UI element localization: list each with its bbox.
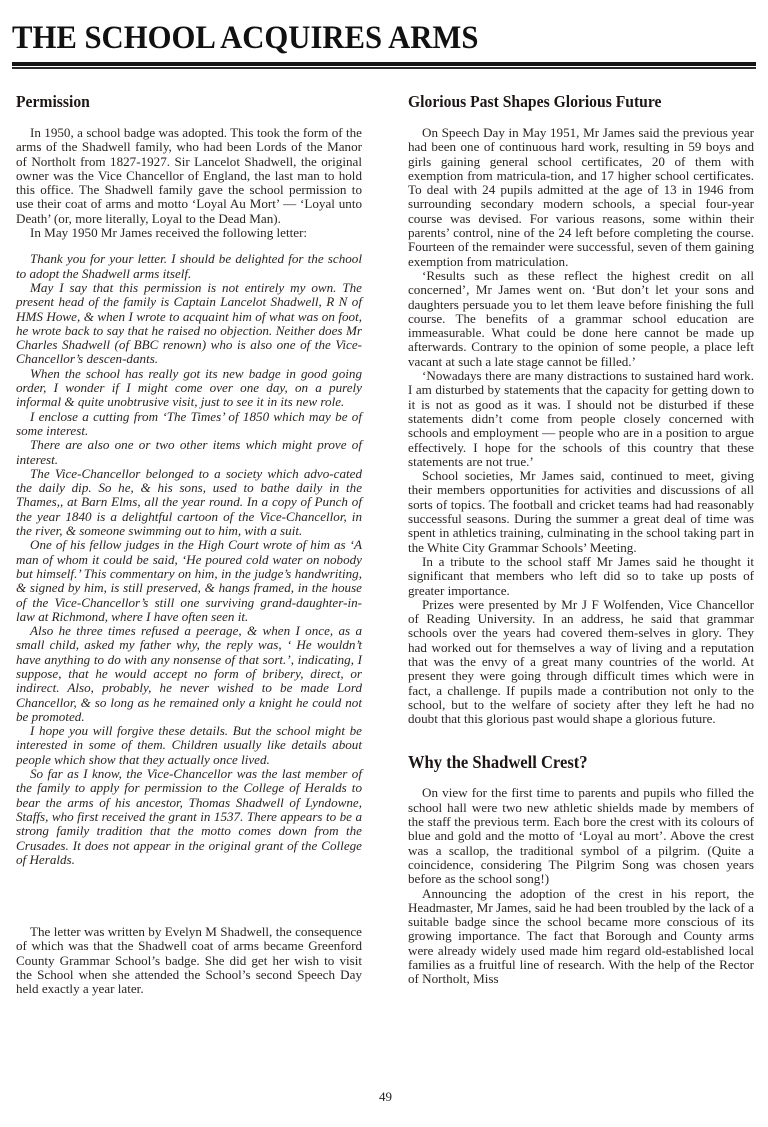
- letter-paragraph: May I say that this permission is not en…: [16, 281, 362, 367]
- section-heading-glorious-past: Glorious Past Shapes Glorious Future: [408, 92, 726, 112]
- crest-paragraph: On view for the first time to parents an…: [408, 786, 754, 886]
- crest-paragraph: Announcing the adoption of the crest in …: [408, 887, 754, 987]
- page-number: 49: [379, 1089, 392, 1105]
- letter-paragraph: Thank you for your letter. I should be d…: [16, 252, 362, 281]
- body-paragraph: On Speech Day in May 1951, Mr James said…: [408, 126, 754, 269]
- letter-paragraph: Also he three times refused a peerage, &…: [16, 624, 362, 724]
- letter-paragraph: There are also one or two other items wh…: [16, 438, 362, 467]
- letter-paragraph: I enclose a cutting from ‘The Times’ of …: [16, 410, 362, 439]
- intro-paragraph: In May 1950 Mr James received the follow…: [16, 226, 362, 240]
- body-paragraph: Prizes were presented by Mr J F Wolfende…: [408, 598, 754, 727]
- body-paragraph: ‘Nowadays there are many distractions to…: [408, 369, 754, 469]
- right-column: Glorious Past Shapes Glorious Future On …: [408, 92, 754, 987]
- body-paragraph: In a tribute to the school staff Mr Jame…: [408, 555, 754, 598]
- letter-paragraph: The Vice-Chancellor belonged to a societ…: [16, 467, 362, 538]
- letter-paragraph: When the school has really got its new b…: [16, 367, 362, 410]
- body-paragraph: ‘Results such as these reflect the highe…: [408, 269, 754, 369]
- section-heading-permission: Permission: [16, 92, 334, 112]
- page-title: THE SCHOOL ACQUIRES ARMS: [12, 20, 478, 56]
- left-column: Permission In 1950, a school badge was a…: [16, 92, 362, 997]
- closing-paragraph: The letter was written by Evelyn M Shadw…: [16, 925, 362, 996]
- intro-paragraph: In 1950, a school badge was adopted. Thi…: [16, 126, 362, 226]
- body-paragraph: School societies, Mr James said, continu…: [408, 469, 754, 555]
- title-rule-thin: [12, 67, 756, 69]
- letter-paragraph: So far as I know, the Vice-Chancellor wa…: [16, 767, 362, 867]
- letter-paragraph: One of his fellow judges in the High Cou…: [16, 538, 362, 624]
- letter-paragraph: I hope you will forgive these details. B…: [16, 724, 362, 767]
- section-heading-shadwell-crest: Why the Shadwell Crest?: [408, 752, 726, 772]
- letter-quote: Thank you for your letter. I should be d…: [16, 252, 362, 867]
- title-rule-thick: [12, 62, 756, 66]
